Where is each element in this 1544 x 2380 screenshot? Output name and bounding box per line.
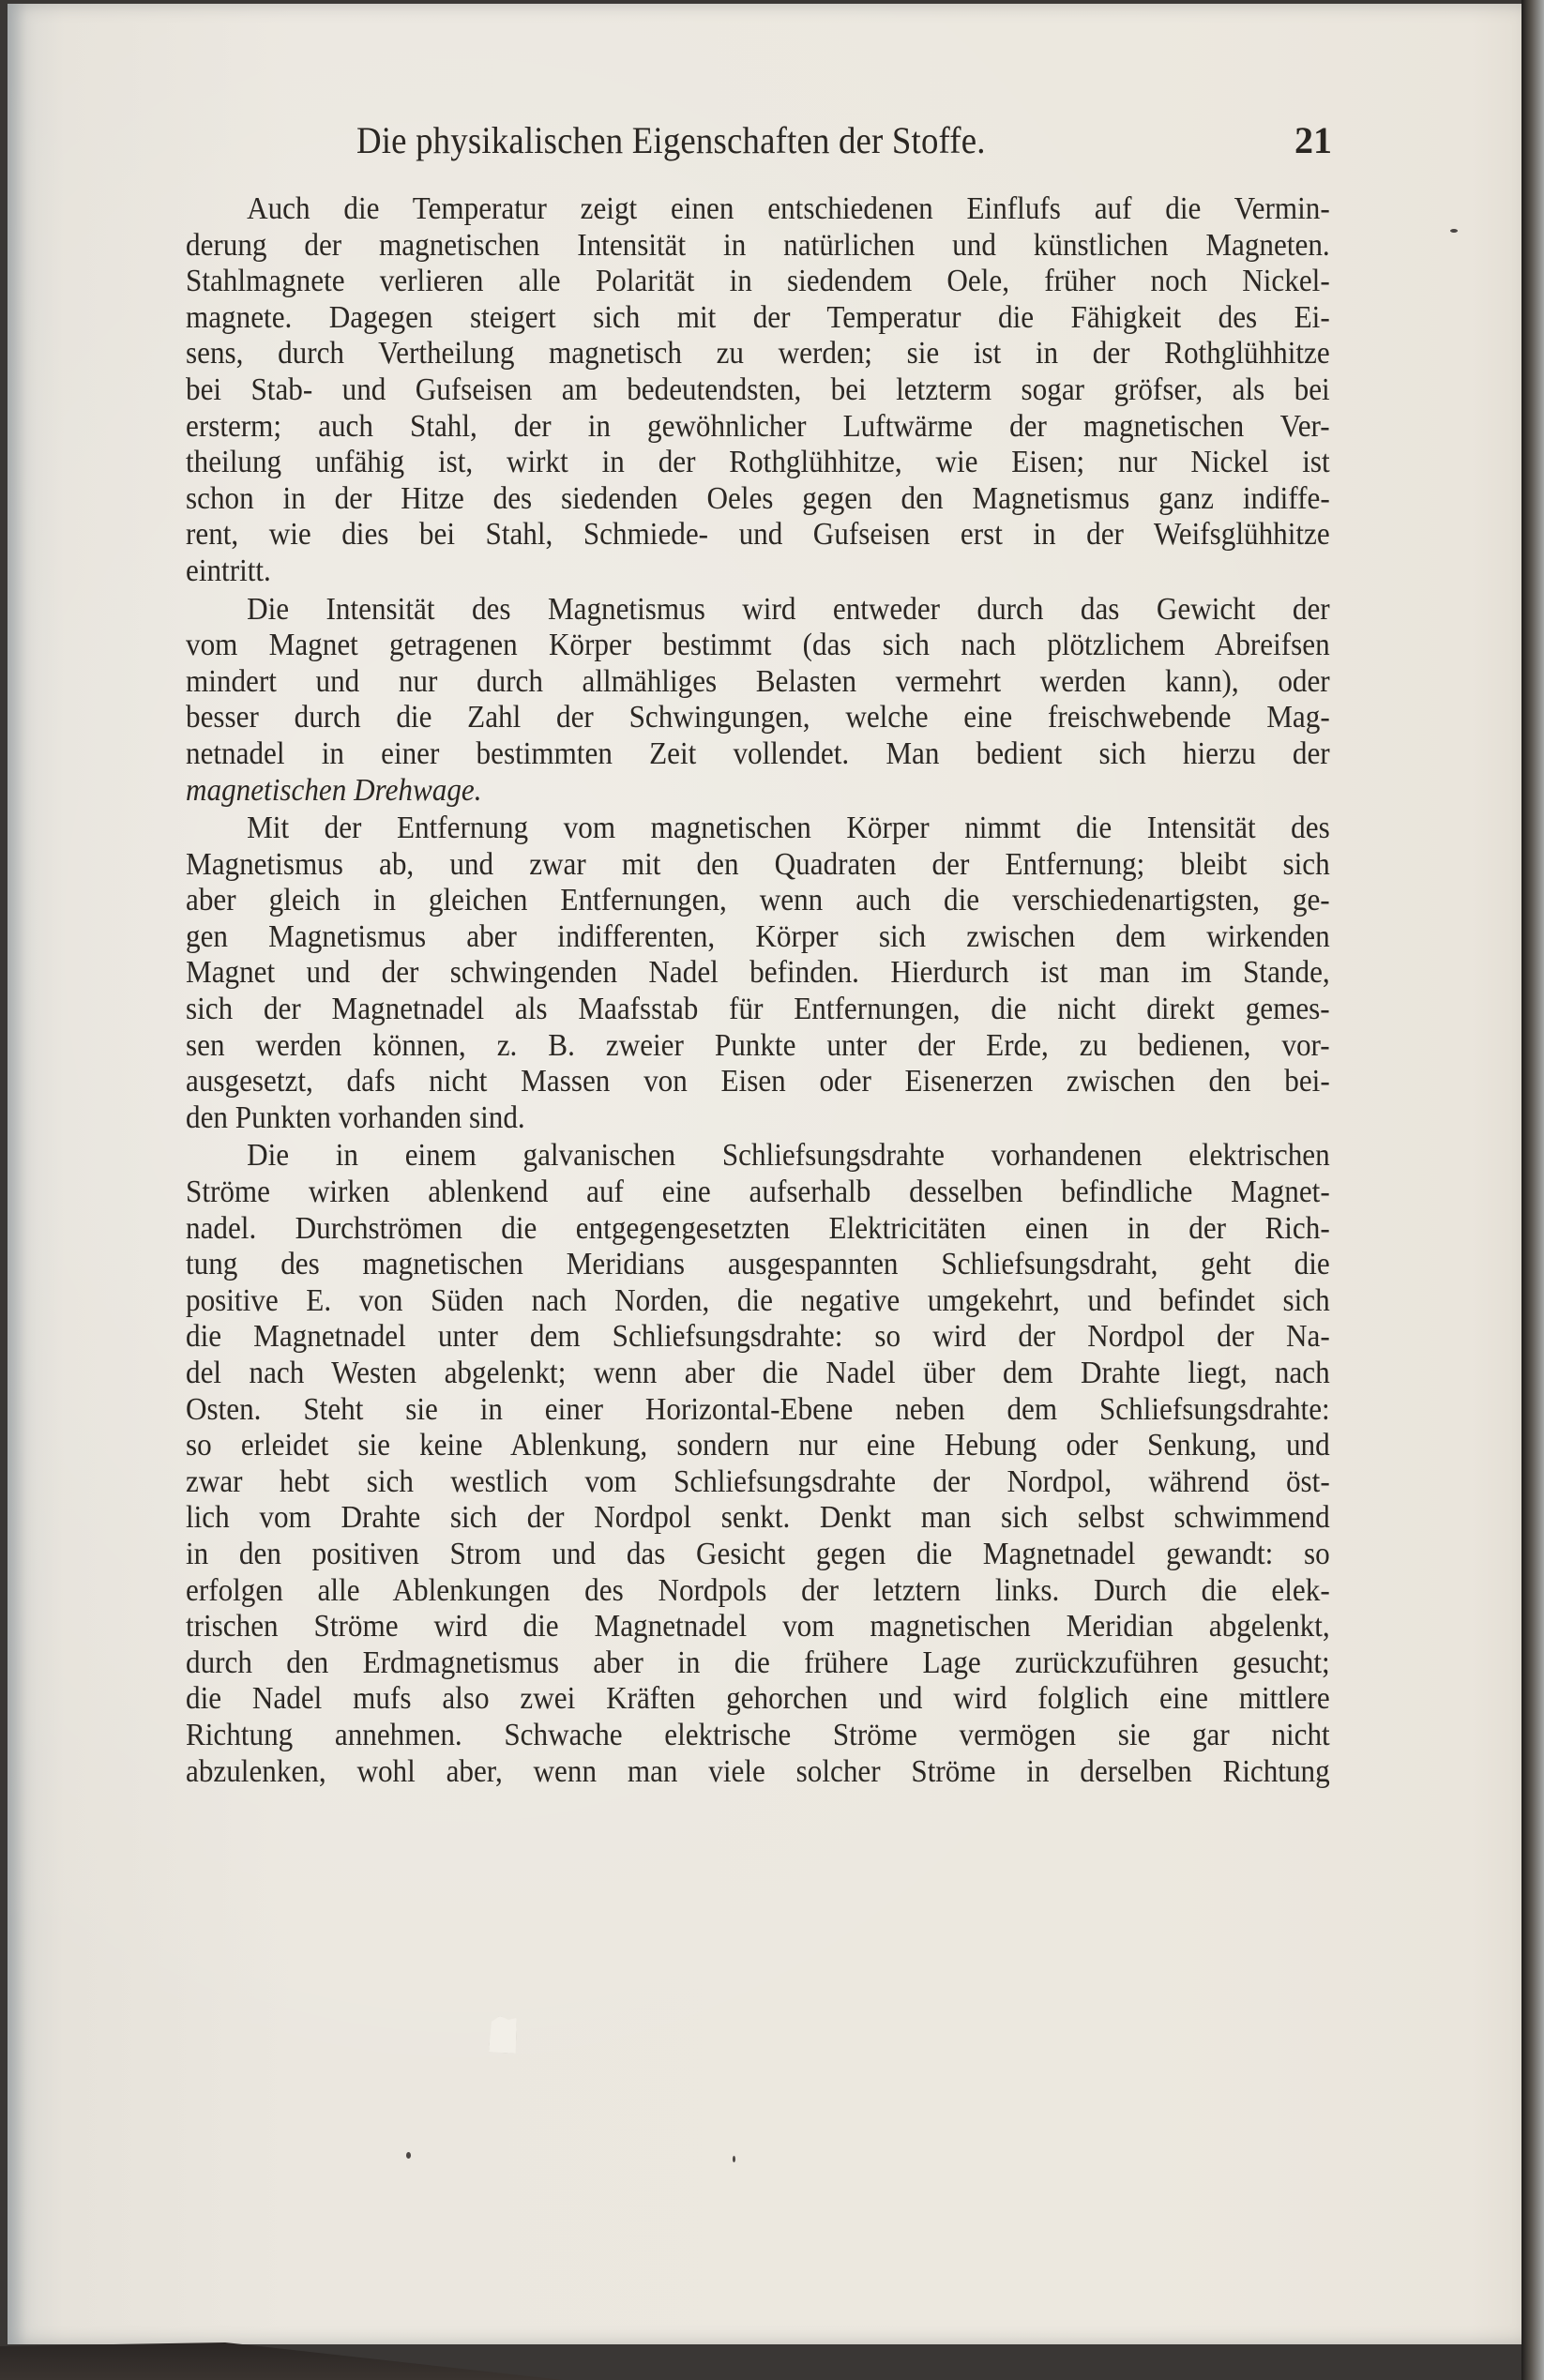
text-line: Magnetismus ab, und zwar mit den Quadrat… (186, 847, 1330, 884)
italic-term-drehwage: magnetischen Drehwage. (186, 773, 1330, 810)
text-line: nadel. Durchströmen die entgegengesetzte… (186, 1211, 1330, 1248)
text-line: ausgesetzt, dafs nicht Massen von Eisen … (186, 1064, 1330, 1100)
text-line: Richtung annehmen. Schwache elektrische … (186, 1718, 1330, 1754)
text-line: derung der magnetischen Intensität in na… (186, 228, 1330, 265)
text-line: den Punkten vorhanden sind. (186, 1100, 1330, 1137)
text-line: eintritt. (186, 553, 1330, 590)
text-line: erfolgen alle Ablenkungen des Nordpols d… (186, 1573, 1330, 1610)
book-spine-edge (1521, 0, 1544, 2380)
book-page: Die physikalischen Eigenschaften der Sto… (8, 4, 1521, 2344)
text-line: lich vom Drahte sich der Nordpol senkt. … (186, 1500, 1330, 1537)
text-line: Osten. Steht sie in einer Horizontal-Ebe… (186, 1392, 1330, 1429)
text-line: positive E. von Süden nach Norden, die n… (186, 1283, 1330, 1320)
text-line: sens, durch Vertheilung magnetisch zu we… (186, 336, 1330, 372)
text-line: sen werden können, z. B. zweier Punkte u… (186, 1028, 1330, 1065)
text-line: aber gleich in gleichen Entfernungen, we… (186, 883, 1330, 919)
text-line: trischen Ströme wird die Magnetnadel vom… (186, 1609, 1330, 1645)
text-line: abzulenken, wohl aber, wenn man viele so… (186, 1754, 1330, 1791)
text-line: sich der Magnetnadel als Maafsstab für E… (186, 992, 1330, 1028)
running-title: Die physikalischen Eigenschaften der Sto… (356, 118, 986, 162)
page-number: 21 (1294, 118, 1332, 162)
text-line: die Nadel mufs also zwei Kräften gehorch… (186, 1681, 1330, 1718)
text-line: ersterm; auch Stahl, der in gewöhnlicher… (186, 409, 1330, 446)
paper-tear-mark (489, 2016, 517, 2054)
text-line: rent, wie dies bei Stahl, Schmiede- und … (186, 517, 1330, 553)
text-line: Auch die Temperatur zeigt einen entschie… (186, 191, 1330, 228)
paragraph-temperature: Auch die Temperatur zeigt einen entschie… (186, 191, 1330, 590)
text-line: in den positiven Strom und das Gesicht g… (186, 1537, 1330, 1573)
text-line: vom Magnet getragenen Körper bestimmt (d… (186, 628, 1330, 664)
ink-speck (1450, 229, 1458, 233)
text-line: so erleidet sie keine Ablenkung, sondern… (186, 1428, 1330, 1464)
text-line: Stahlmagnete verlieren alle Polarität in… (186, 264, 1330, 300)
text-line: magnete. Dagegen steigert sich mit der T… (186, 300, 1330, 337)
text-line: gen Magnetismus aber indifferenten, Körp… (186, 919, 1330, 956)
text-line: tung des magnetischen Meridians ausgespa… (186, 1247, 1330, 1283)
text-line: mindert und nur durch allmähliges Belast… (186, 664, 1330, 701)
text-line: besser durch die Zahl der Schwingungen, … (186, 700, 1330, 736)
text-line: zwar hebt sich westlich vom Schliefsungs… (186, 1464, 1330, 1501)
ink-speck (406, 2152, 411, 2159)
page-bottom-shadow (0, 2342, 563, 2380)
text-line: del nach Westen abgelenkt; wenn aber die… (186, 1356, 1330, 1392)
text-line: Die in einem galvanischen Schliefsungsdr… (186, 1138, 1330, 1175)
text-line: schon in der Hitze des siedenden Oeles g… (186, 481, 1330, 518)
text-line: bei Stab- und Gufseisen am bedeutendsten… (186, 372, 1330, 409)
text-line: Die Intensität des Magnetismus wird entw… (186, 592, 1330, 629)
text-line: Ströme wirken ablenkend auf eine aufserh… (186, 1175, 1330, 1211)
text-line: die Magnetnadel unter dem Schliefsungsdr… (186, 1319, 1330, 1356)
paragraph-intensity: Die Intensität des Magnetismus wird entw… (186, 592, 1330, 810)
body-text: Auch die Temperatur zeigt einen entschie… (186, 191, 1330, 1790)
text-line: Mit der Entfernung vom magnetischen Körp… (186, 811, 1330, 847)
text-line: netnadel in einer bestimmten Zeit vollen… (186, 736, 1330, 773)
paragraph-distance: Mit der Entfernung vom magnetischen Körp… (186, 811, 1330, 1136)
text-line: theilung unfähig ist, wirkt in der Rothg… (186, 445, 1330, 481)
text-line: durch den Erdmagnetismus aber in die frü… (186, 1645, 1330, 1682)
paragraph-galvanic-currents: Die in einem galvanischen Schliefsungsdr… (186, 1138, 1330, 1790)
text-line: Magnet und der schwingenden Nadel befind… (186, 955, 1330, 992)
running-head: Die physikalischen Eigenschaften der Sto… (356, 118, 1332, 174)
ink-speck (733, 2156, 735, 2162)
